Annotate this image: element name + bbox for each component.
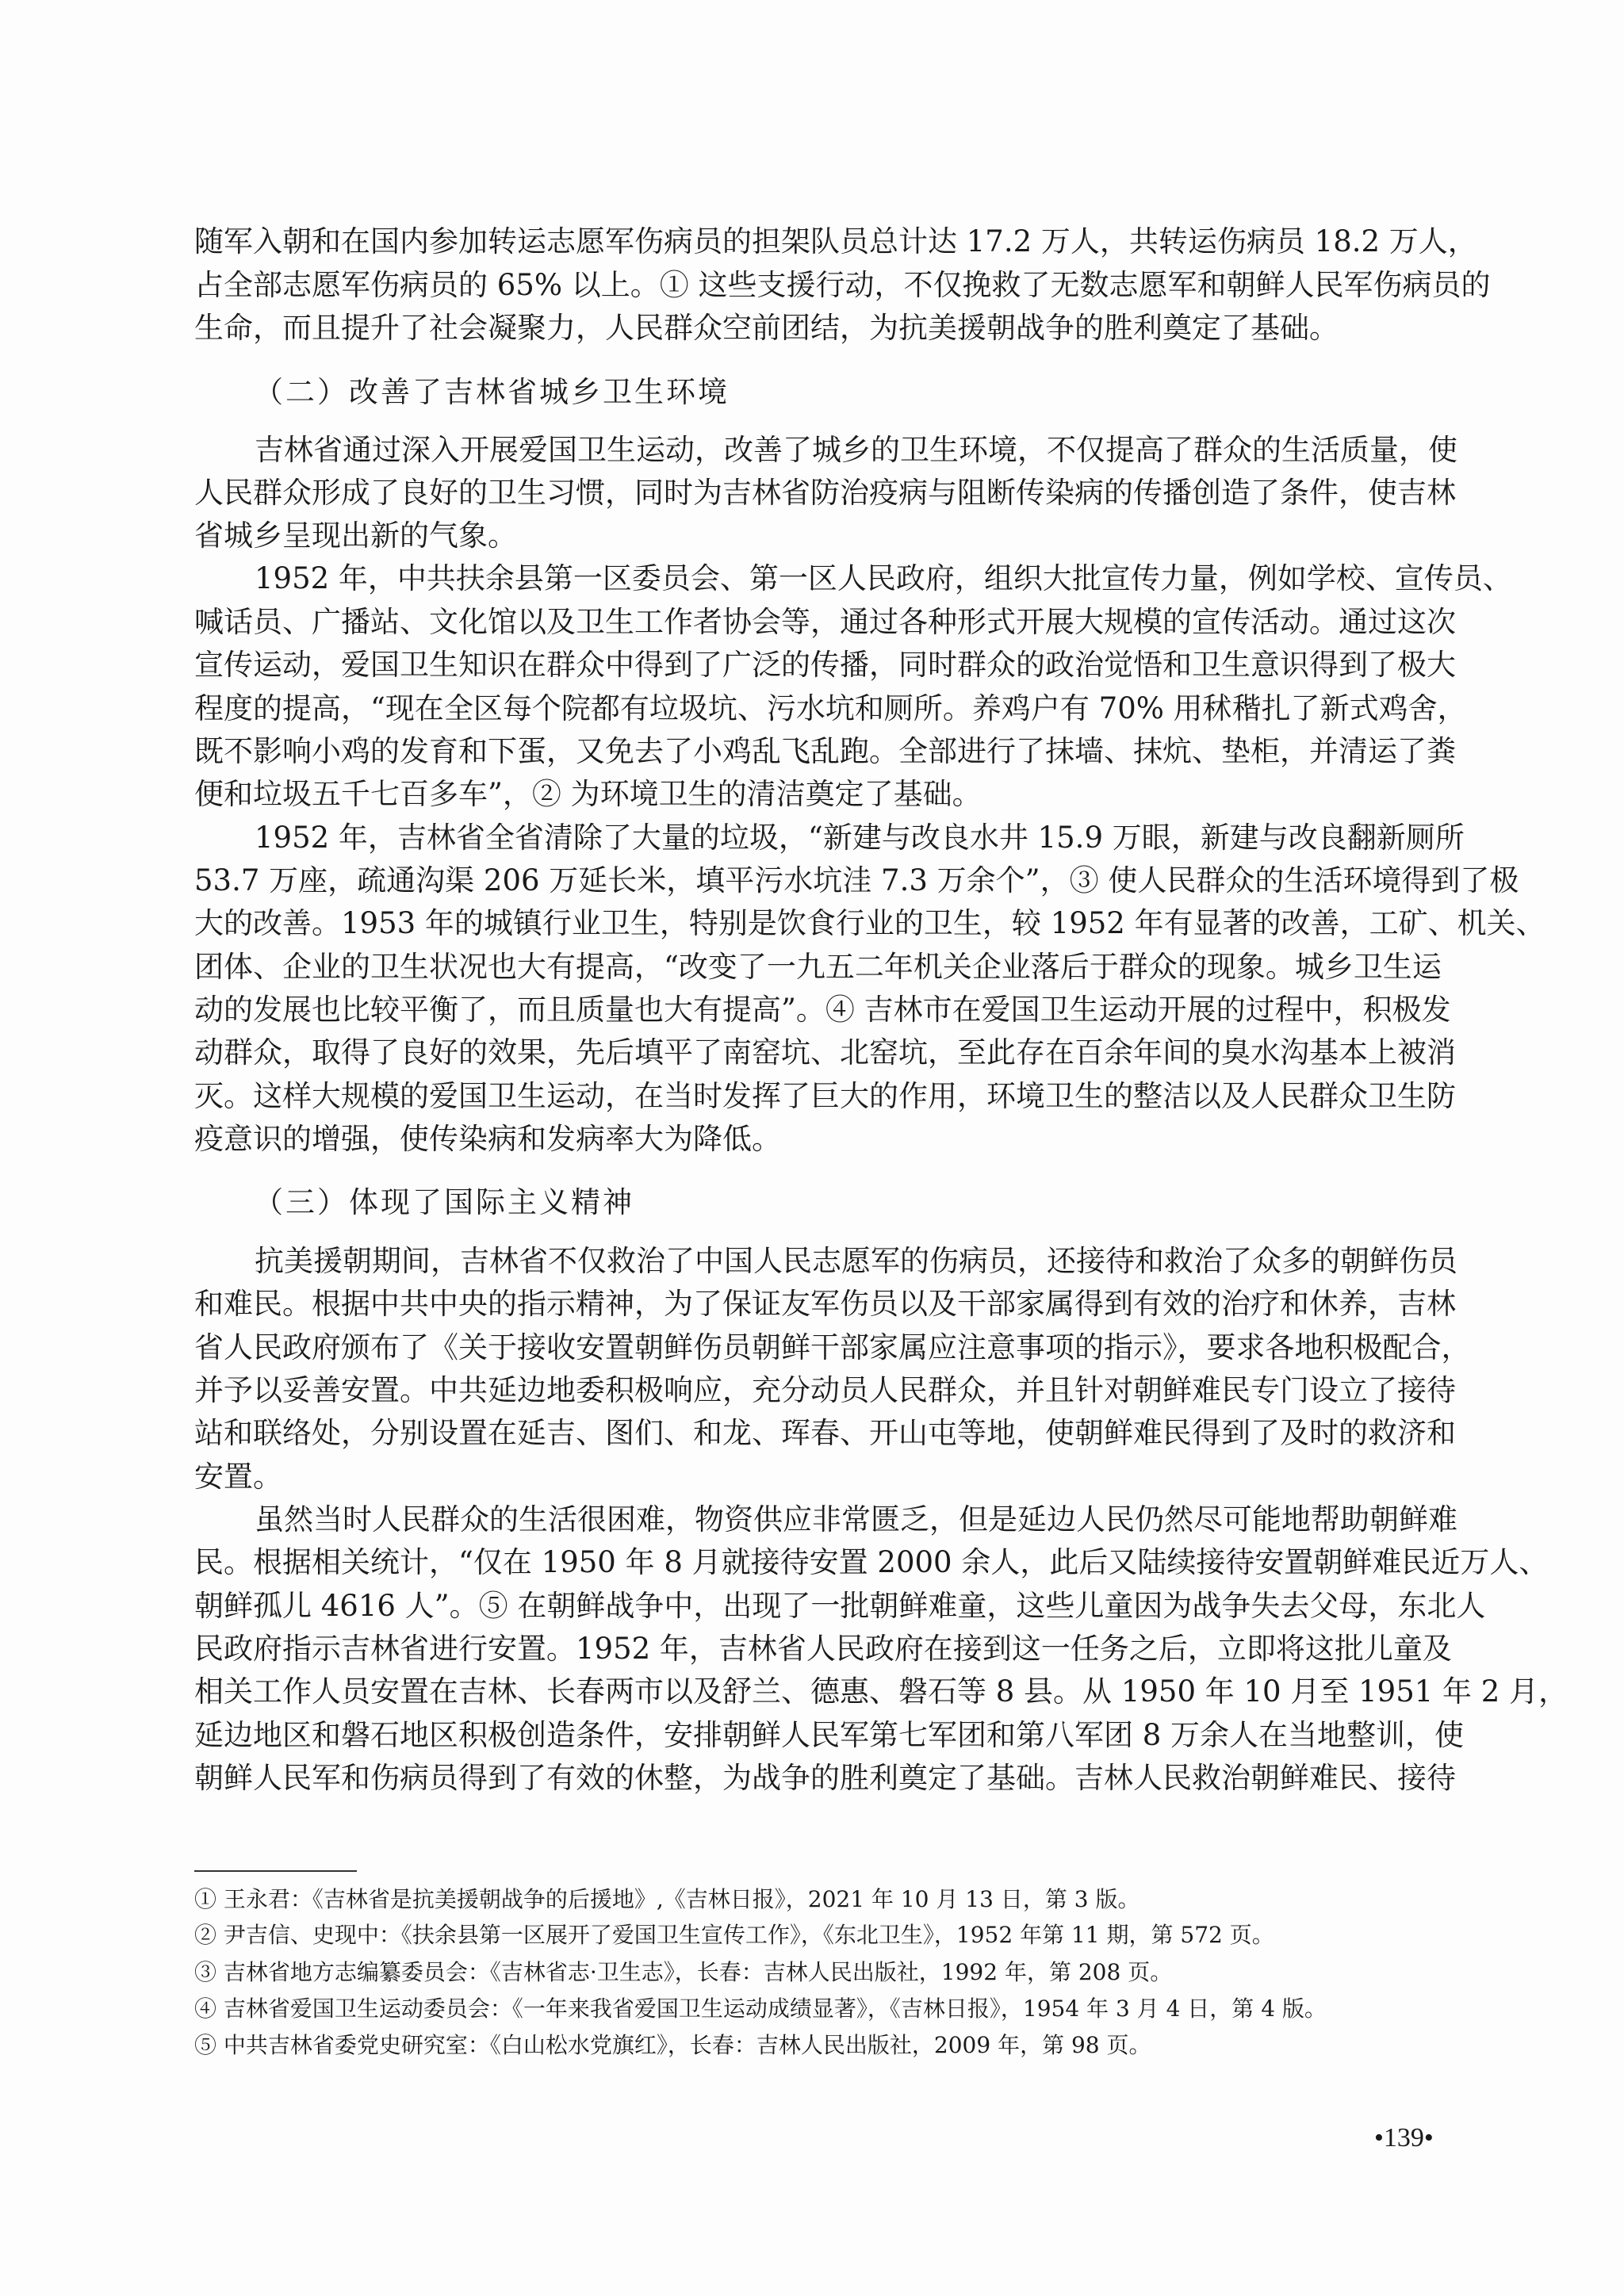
text-line: 站和联络处，分别设置在延吉、图们、和龙、珲春、开山屯等地，使朝鲜难民得到了及时的… [194, 1412, 1427, 1455]
section-heading-2: （二）改善了吉林省城乡卫生环境 [254, 371, 730, 414]
text-line: 吉林省通过深入开展爱国卫生运动，改善了城乡的卫生环境，不仅提高了群众的生活质量，… [255, 429, 1427, 472]
text-line: 占全部志愿军伤病员的 65% 以上。① 这些支援行动，不仅挽救了无数志愿军和朝鲜… [194, 264, 1427, 307]
page-number: •139• [1374, 2121, 1434, 2156]
text-line: 1952 年，中共扶余县第一区委员会、第一区人民政府，组织大批宣传力量，例如学校… [255, 557, 1427, 600]
footnote-item: ⑤ 中共吉林省委党史研究室：《白山松水党旗红》，长春：吉林人民出版社，2009 … [194, 2028, 1151, 2063]
footnote-item: ② 尹吉信、史现中：《扶余县第一区展开了爱国卫生宣传工作》，《东北卫生》，195… [194, 1918, 1274, 1953]
text-line: 既不影响小鸡的发育和下蛋，又免去了小鸡乱飞乱跑。全部进行了抹墙、抹炕、垫柜，并清… [194, 730, 1427, 773]
text-line: 便和垃圾五千七百多车”，② 为环境卫生的清洁奠定了基础。 [194, 773, 1427, 816]
text-line: 朝鲜孤儿 4616 人”。⑤ 在朝鲜战争中，出现了一批朝鲜难童，这些儿童因为战争… [194, 1585, 1427, 1628]
text-line: 宣传运动，爱国卫生知识在群众中得到了广泛的传播，同时群众的政治觉悟和卫生意识得到… [194, 644, 1427, 687]
text-line: 和难民。根据中共中央的指示精神，为了保证友军伤员以及干部家属得到有效的治疗和休养… [194, 1283, 1427, 1326]
text-line: 安置。 [194, 1456, 1427, 1498]
text-line: 团体、企业的卫生状况也大有提高，“改变了一九五二年机关企业落后于群众的现象。城乡… [194, 946, 1427, 989]
section-heading-3: （三）体现了国际主义精神 [254, 1181, 634, 1224]
text-line: 灭。这样大规模的爱国卫生运动，在当时发挥了巨大的作用，环境卫生的整洁以及人民群众… [194, 1075, 1427, 1118]
text-line: 朝鲜人民军和伤病员得到了有效的休整，为战争的胜利奠定了基础。吉林人民救治朝鲜难民… [194, 1757, 1427, 1800]
text-line: 程度的提高，“现在全区每个院都有垃圾坑、污水坑和厕所。养鸡户有 70% 用秫稭扎… [194, 687, 1427, 730]
text-line: 民政府指示吉林省进行安置。1952 年，吉林省人民政府在接到这一任务之后，立即将… [194, 1628, 1427, 1670]
text-line: 并予以妥善安置。中共延边地委积极响应，充分动员人民群众，并且针对朝鲜难民专门设立… [194, 1369, 1427, 1412]
text-line: 动的发展也比较平衡了，而且质量也大有提高”。④ 吉林市在爱国卫生运动开展的过程中… [194, 989, 1427, 1031]
text-line: 疫意识的增强，使传染病和发病率大为降低。 [194, 1118, 1427, 1161]
text-line: 53.7 万座，疏通沟渠 206 万延长米，填平污水坑洼 7.3 万余个”，③ … [194, 859, 1427, 902]
text-line: 虽然当时人民群众的生活很困难，物资供应非常匮乏，但是延边人民仍然尽可能地帮助朝鲜… [255, 1498, 1427, 1541]
document-page: 随军入朝和在国内参加转运志愿军伤病员的担架队员总计达 17.2 万人，共转运伤病… [0, 0, 1624, 2296]
text-line: 民。根据相关统计，“仅在 1950 年 8 月就接待安置 2000 余人，此后又… [194, 1541, 1427, 1584]
text-line: 延边地区和磐石地区积极创造条件，安排朝鲜人民军第七军团和第八军团 8 万余人在当… [194, 1714, 1427, 1757]
text-line: 随军入朝和在国内参加转运志愿军伤病员的担架队员总计达 17.2 万人，共转运伤病… [194, 220, 1427, 263]
text-line: 大的改善。1953 年的城镇行业卫生，特别是饮食行业的卫生，较 1952 年有显… [194, 902, 1427, 945]
text-line: 喊话员、广播站、文化馆以及卫生工作者协会等，通过各种形式开展大规模的宣传活动。通… [194, 601, 1427, 644]
text-line: 人民群众形成了良好的卫生习惯，同时为吉林省防治疫病与阻断传染病的传播创造了条件，… [194, 472, 1427, 515]
text-line: 相关工作人员安置在吉林、长春两市以及舒兰、德惠、磐石等 8 县。从 1950 年… [194, 1670, 1427, 1713]
footnote-item: ④ 吉林省爱国卫生运动委员会：《一年来我省爱国卫生运动成绩显著》，《吉林日报》，… [194, 1992, 1327, 2026]
text-line: 动群众，取得了良好的效果，先后填平了南窑坑、北窑坑，至此存在百余年间的臭水沟基本… [194, 1031, 1427, 1074]
text-line: 1952 年，吉林省全省清除了大量的垃圾，“新建与改良水井 15.9 万眼，新建… [255, 817, 1427, 859]
text-line: 省城乡呈现出新的气象。 [194, 515, 1427, 557]
text-line: 抗美援朝期间，吉林省不仅救治了中国人民志愿军的伤病员，还接待和救治了众多的朝鲜伤… [255, 1240, 1427, 1283]
footnote-item: ③ 吉林省地方志编纂委员会：《吉林省志·卫生志》，长春：吉林人民出版社，1992… [194, 1955, 1172, 1990]
footnote-divider [194, 1870, 357, 1872]
footnote-item: ① 王永君：《吉林省是抗美援朝战争的后援地》,《吉林日报》，2021 年 10 … [194, 1882, 1139, 1917]
text-line: 生命，而且提升了社会凝聚力，人民群众空前团结，为抗美援朝战争的胜利奠定了基础。 [194, 307, 1427, 350]
text-line: 省人民政府颁布了《关于接收安置朝鲜伤员朝鲜干部家属应注意事项的指示》，要求各地积… [194, 1326, 1427, 1369]
